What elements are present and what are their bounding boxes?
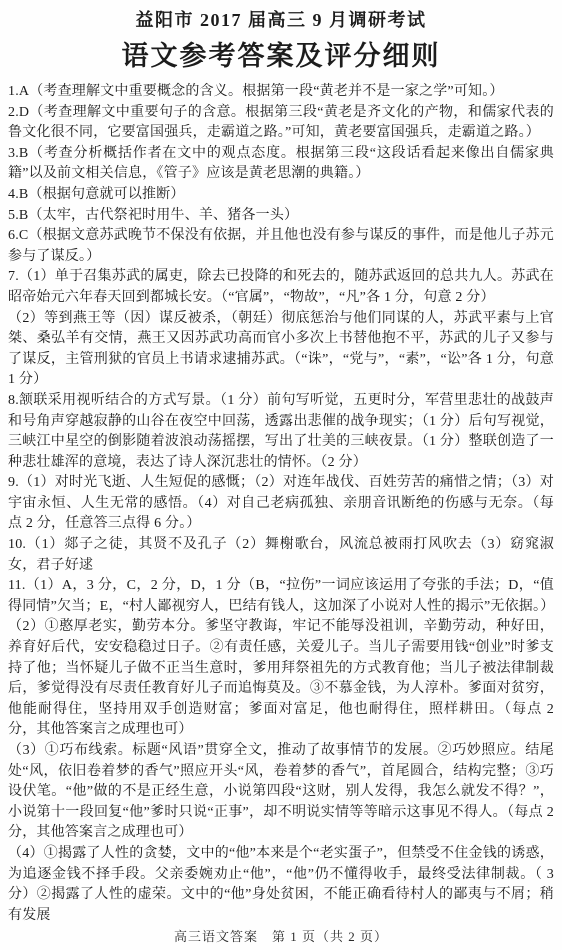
answer-item-3: 3.B（考查分析概括作者在文中的观点态度。根据第三段“这段话看起来像出自儒家典籍… xyxy=(8,144,554,185)
page-footer: 高三语文答案 第 1 页（共 2 页） xyxy=(8,926,554,950)
answer-item-9: 9.（1）对时光飞逝、人生短促的感慨；（2）对连年战伐、百姓劳苦的痛惜之情；（3… xyxy=(8,473,554,535)
answer-item-1: 1.A（考查理解文中重要概念的含义。根据第一段“黄老并不是一家之学”可知。） xyxy=(8,82,554,103)
exam-title: 益阳市 2017 届高三 9 月调研考试 xyxy=(8,8,554,32)
answer-item-2: 2.D（考查理解文中重要句子的含意。根据第三段“黄老是齐文化的产物，和儒家代表的… xyxy=(8,103,554,144)
answer-item-11-part3: （3）①巧布线索。标题“风语”贯穿全文，推动了故事情节的发展。②巧妙照应。结尾处… xyxy=(8,741,554,844)
answer-item-7-part2: （2）等到燕王等（因）谋反被杀，（朝廷）彻底惩治与他们同谋的人，苏武平素与上官桀… xyxy=(8,309,554,391)
answer-item-5: 5.B（太牢，古代祭祀时用牛、羊、猪各一头） xyxy=(8,206,554,227)
answer-sheet-page: 益阳市 2017 届高三 9 月调研考试 语文参考答案及评分细则 1.A（考查理… xyxy=(0,0,562,950)
answers-body: 1.A（考查理解文中重要概念的含义。根据第一段“黄老并不是一家之学”可知。） 2… xyxy=(8,82,554,926)
answer-item-10: 10.（1）郯子之徒，其贤不及孔子（2）舞榭歌台，风流总被雨打风吹去（3）窈窕淑… xyxy=(8,535,554,576)
answer-item-6: 6.C（根据文意苏武晚节不保没有依据，并且他也没有参与谋反的事件，而是他儿子苏元… xyxy=(8,226,554,267)
answer-item-8: 8.颔联采用视听结合的方式写景。（1 分）前句写听觉，五更时分，军营里悲壮的战鼓… xyxy=(8,391,554,473)
page-title: 语文参考答案及评分细则 xyxy=(8,40,554,72)
answer-item-11-part1: 11.（1）A，3 分，C，2 分，D，1 分（B，“拉伤”一词应该运用了夸张的… xyxy=(8,576,554,617)
answer-item-11-part4: （4）①揭露了人性的贪婪，文中的“他”本来是个“老实蛋子”，但禁受不住金钱的诱惑… xyxy=(8,844,554,926)
answer-item-7-part1: 7.（1）单于召集苏武的属吏，除去已投降的和死去的，随苏武返回的总共九人。苏武在… xyxy=(8,267,554,308)
answer-item-4: 4.B（根据句意就可以推断） xyxy=(8,185,554,206)
answer-item-11-part2: （2）①憨厚老实，勤劳本分。爹坚守教诲，牢记不能辱没祖训，辛勤劳动，种好田，养育… xyxy=(8,617,554,741)
